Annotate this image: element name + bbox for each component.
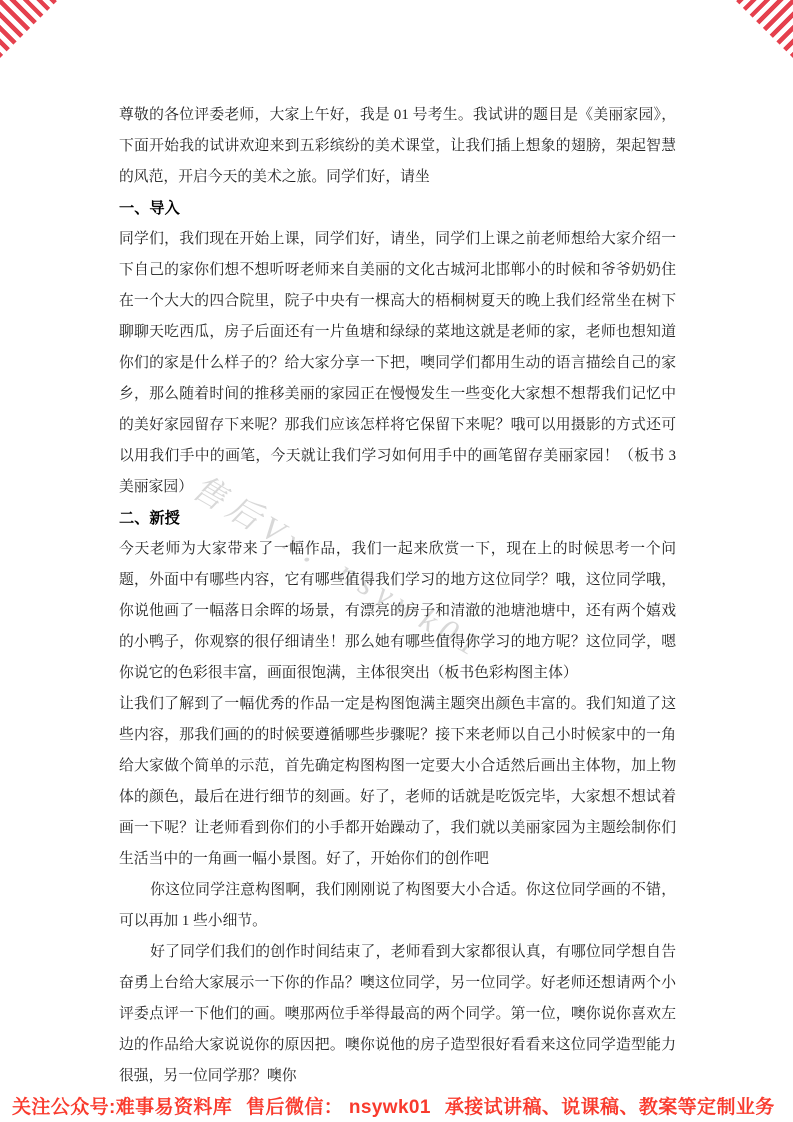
document-page: 售后Vx．nsywk01 尊敬的各位评委老师，大家上午好，我是 01 号考生。我… bbox=[0, 0, 793, 1122]
paragraph: 同学们，我们现在开始上课，同学们好，请坐，同学们上课之前老师想给大家介绍一下自己… bbox=[119, 224, 676, 503]
section-heading-import: 一、导入 bbox=[119, 193, 676, 224]
footer-wechat-contact: 售后微信： nsywk01 bbox=[246, 1092, 431, 1119]
paragraph: 好了同学们我们的创作时间结束了，老师看到大家都很认真，有哪位同学想自告奋勇上台给… bbox=[119, 937, 676, 1092]
corner-stripe-decoration-left bbox=[0, 0, 58, 58]
paragraph: 今天老师为大家带来了一幅作品，我们一起来欣赏一下，现在上的时候思考一个问题，外面… bbox=[119, 534, 676, 689]
corner-stripe-decoration-right bbox=[735, 0, 793, 58]
footer-public-account: 关注公众号:难事易资料库 bbox=[12, 1092, 232, 1119]
paragraph: 让我们了解到了一幅优秀的作品一定是构图饱满主题突出颜色丰富的。我们知道了这些内容… bbox=[119, 689, 676, 875]
document-body: 尊敬的各位评委老师，大家上午好，我是 01 号考生。我试讲的题目是《美丽家园》，… bbox=[119, 100, 676, 1092]
footer-banner: 关注公众号:难事易资料库 售后微信： nsywk01 承接试讲稿、说课稿、教案等… bbox=[12, 1092, 787, 1119]
paragraph: 你这位同学注意构图啊，我们刚刚说了构图要大小合适。你这位同学画的不错，可以再加 … bbox=[119, 875, 676, 937]
paragraph: 尊敬的各位评委老师，大家上午好，我是 01 号考生。我试讲的题目是《美丽家园》，… bbox=[119, 100, 676, 193]
section-heading-new-lesson: 二、新授 bbox=[119, 503, 676, 534]
footer-services: 承接试讲稿、说课稿、教案等定制业务 bbox=[445, 1092, 775, 1119]
